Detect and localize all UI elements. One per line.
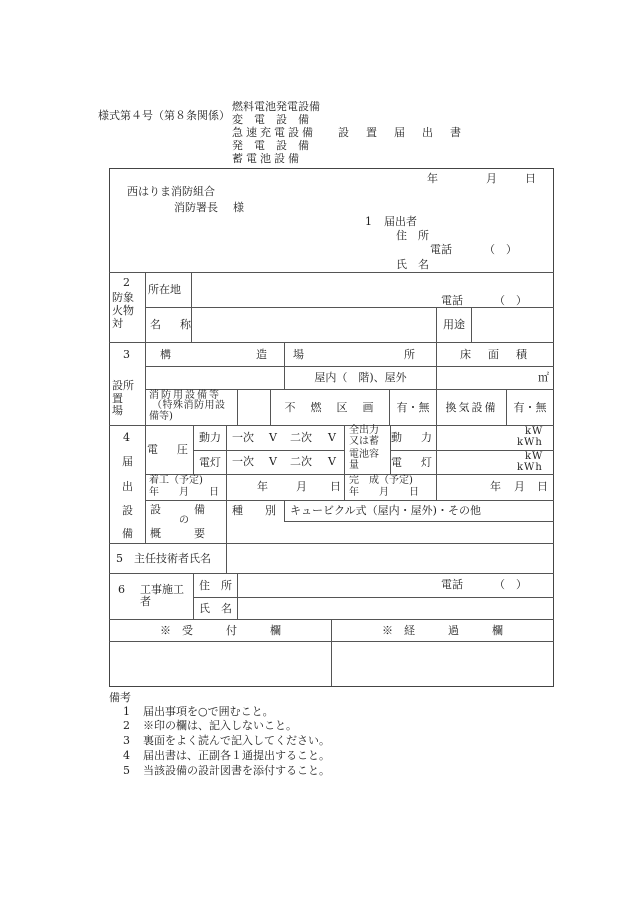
section-4-label-2: 出: [122, 481, 133, 492]
border-right: [553, 168, 554, 687]
fire-equipment-label-2: （特殊消防用設: [152, 401, 226, 411]
note-number: 5: [123, 765, 130, 776]
overview-label-2: の: [179, 516, 189, 526]
fire-equipment-field[interactable]: [239, 391, 269, 423]
voltage-label: 電 圧: [146, 426, 193, 474]
note-number: 1: [123, 706, 130, 717]
complete-month[interactable]: 月: [514, 481, 525, 492]
note-text: 届出書は、正副各１通提出すること。: [143, 750, 330, 761]
note-text: 裏面をよく読んで記入してください。: [143, 735, 330, 746]
title-suffix: 設 置 届 出 書: [338, 127, 464, 138]
contractor-address-field[interactable]: [239, 575, 429, 595]
section-4-label-1: 届: [122, 456, 133, 467]
floor-area-label: 床 面 積: [437, 343, 553, 366]
usage-label: 用途: [437, 308, 471, 342]
voltage-power-label: 動力: [194, 426, 226, 450]
section-3-label-3: 場: [112, 405, 123, 416]
section-3-label-1: 設所: [112, 380, 134, 391]
capacity-power-label: 動 力: [391, 426, 436, 450]
applicant-number: 1: [365, 216, 372, 227]
addressee-org: 西はりま消防組合: [127, 186, 215, 197]
applicant-phone-label: 電話: [430, 244, 452, 255]
light-kw-unit[interactable]: kW: [525, 452, 543, 462]
start-label-2: 年 月 日: [149, 488, 219, 498]
note-number: 3: [123, 735, 130, 746]
reception-label: ※ 受 付 欄: [110, 620, 331, 641]
divider: [226, 500, 227, 573]
capacity-label-3: 電池容: [349, 450, 379, 460]
title-battery: 蓄電池設備: [232, 153, 302, 164]
reception-area: [111, 643, 329, 684]
start-day[interactable]: 日: [330, 481, 341, 492]
place-label-2: 所: [404, 349, 415, 360]
fireproof-label: 不 燃 区 画: [271, 390, 389, 425]
applicant-name-label: 氏 名: [396, 259, 429, 270]
contractor-phone-parens: （ ）: [494, 579, 527, 590]
divider: [191, 272, 192, 342]
light-secondary-unit[interactable]: V: [328, 456, 336, 467]
structure-label-1: 構: [160, 349, 171, 360]
light-secondary-label: 二次: [290, 456, 312, 467]
border-left: [109, 168, 110, 687]
overview-field[interactable]: [228, 523, 551, 541]
power-kwh-unit[interactable]: kWh: [517, 438, 543, 448]
light-primary-label: 一次: [232, 456, 254, 467]
divider: [284, 500, 285, 521]
name-field[interactable]: [193, 309, 434, 340]
light-primary-unit[interactable]: V: [269, 456, 277, 467]
form-number: 様式第４号（第８条関係）: [98, 110, 230, 121]
ventilation-label: 換気設備: [437, 390, 506, 425]
divider: [344, 425, 345, 500]
title-substation: 変 電 設 備: [232, 114, 309, 125]
complete-label-1: 完 成（予定): [349, 476, 413, 486]
chief-engineer-label: 5 主任技術者氏名: [116, 544, 226, 573]
start-month[interactable]: 月: [296, 481, 307, 492]
floor-area-unit[interactable]: ㎡: [437, 367, 549, 389]
voltage-light-label: 電灯: [194, 451, 226, 474]
note-text: ※印の欄は、記入しないこと。: [143, 720, 297, 731]
capacity-label-2: 又は蓄: [349, 437, 379, 447]
note-text: 届出事項を○で囲むこと。: [143, 706, 274, 717]
note-number: 4: [123, 750, 130, 761]
divider: [436, 425, 437, 500]
location-field[interactable]: [193, 274, 433, 305]
capacity-label-4: 量: [349, 461, 359, 471]
start-year[interactable]: 年: [257, 481, 268, 492]
note-number: 2: [123, 720, 130, 731]
section-2-label-3: 対: [112, 318, 123, 329]
section-2-label-2: 火物: [112, 305, 134, 316]
date-day: 日: [525, 173, 536, 184]
contractor-name-label: 氏 名: [194, 598, 237, 619]
chief-engineer-field[interactable]: [228, 545, 551, 571]
divider: [109, 573, 554, 574]
place-label-1: 場: [293, 349, 304, 360]
ventilation-option[interactable]: 有・無: [507, 390, 553, 425]
divider: [145, 272, 146, 543]
title-generator: 発 電 設 備: [232, 140, 309, 151]
start-label-1: 着工（予定): [149, 476, 203, 486]
capacity-light-label: 電 灯: [391, 451, 436, 474]
section-4-label-4: 備: [122, 528, 133, 539]
divider: [237, 573, 238, 619]
complete-day[interactable]: 日: [537, 481, 548, 492]
applicant-address-label: 住 所: [396, 230, 429, 241]
location-phone-label: 電話: [441, 295, 463, 306]
contractor-name-field[interactable]: [239, 599, 551, 617]
title-quick-charger: 急速充電設備: [232, 127, 316, 138]
section-2-number: 2: [123, 277, 130, 288]
complete-label-2: 年 月 日: [349, 488, 419, 498]
power-secondary-unit[interactable]: V: [328, 432, 336, 443]
border-bottom: [109, 686, 554, 687]
fire-equipment-label-3: 備等): [149, 412, 173, 422]
border-top: [109, 168, 554, 169]
type-value[interactable]: キュービクル式（屋内・屋外)・その他: [290, 501, 550, 521]
fireproof-option[interactable]: 有・無: [390, 390, 436, 425]
divider: [284, 521, 554, 522]
date-year: 年: [427, 173, 438, 184]
applicant-phone-parens: （ ）: [484, 244, 517, 255]
name-label: 名 称: [150, 308, 190, 342]
power-secondary-label: 二次: [290, 432, 312, 443]
applicant-label: 届出者: [384, 216, 417, 227]
power-primary-unit[interactable]: V: [269, 432, 277, 443]
applicant-address-field[interactable]: [250, 228, 390, 242]
notes-heading: 備考: [109, 692, 131, 703]
divider: [226, 425, 227, 500]
location-phone-parens: （ ）: [494, 295, 527, 306]
section-6-number: 6: [118, 584, 125, 595]
divider: [237, 389, 238, 425]
divider: [193, 597, 554, 598]
contractor-phone-label: 電話: [441, 579, 463, 590]
power-primary-label: 一次: [232, 432, 254, 443]
power-kw-unit[interactable]: kW: [525, 427, 543, 437]
complete-year[interactable]: 年: [490, 481, 501, 492]
overview-label-3: 概 要: [150, 528, 205, 539]
divider: [145, 307, 554, 308]
section-3-label-2: 置: [112, 393, 123, 404]
section-6-label-2: 者: [140, 596, 151, 607]
divider: [471, 307, 472, 342]
contractor-address-label: 住 所: [194, 574, 237, 597]
date-month: 月: [486, 173, 497, 184]
overview-label-1: 設 備: [150, 504, 205, 515]
place-value[interactable]: 屋内（ 階)、屋外: [285, 367, 436, 389]
capacity-label-1: 全出力: [349, 426, 379, 436]
section-6-label-1: 工事施工: [140, 584, 184, 595]
structure-field[interactable]: [147, 368, 283, 388]
title-fuel-cell: 燃料電池発電設備: [232, 101, 320, 112]
section-3-number: 3: [123, 349, 130, 360]
usage-field[interactable]: [473, 309, 552, 340]
type-label: 種 別: [232, 501, 284, 521]
progress-area: [333, 643, 551, 684]
light-kwh-unit[interactable]: kWh: [517, 463, 543, 473]
structure-label-2: 造: [256, 349, 267, 360]
progress-label: ※ 経 過 欄: [332, 620, 553, 641]
section-4-label-3: 設: [122, 505, 133, 516]
section-4-number: 4: [123, 432, 130, 443]
addressee-honorific: 様: [233, 202, 244, 213]
addressee-title: 消防署長: [174, 202, 218, 213]
section-2-label-1: 防象: [112, 292, 134, 303]
location-label: 所在地: [148, 273, 190, 307]
note-text: 当該設備の設計図書を添付すること。: [143, 765, 330, 776]
